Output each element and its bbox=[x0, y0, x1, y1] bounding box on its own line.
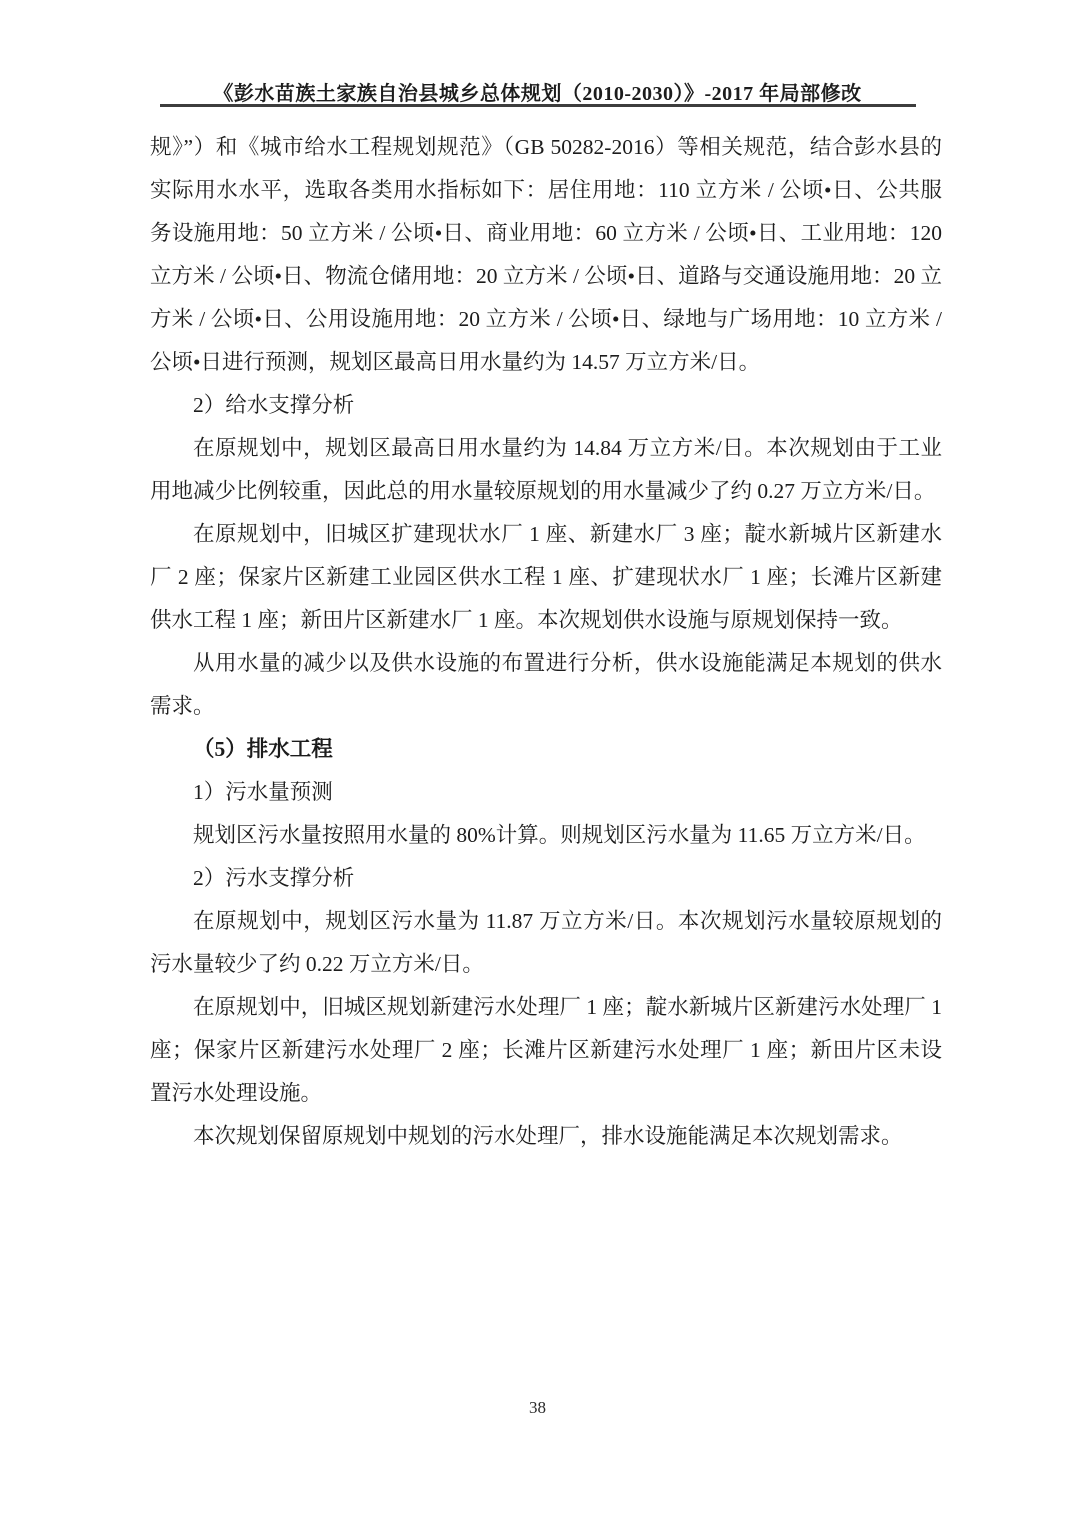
para-drainage-conclusion: 本次规划保留原规划中规划的污水处理厂，排水设施能满足本次规划需求。 bbox=[150, 1115, 942, 1158]
page-number: 38 bbox=[0, 1398, 1075, 1418]
para-sewage-comparison: 在原规划中，规划区污水量为 11.87 万立方米/日。本次规划污水量较原规划的污… bbox=[150, 900, 942, 986]
header-title: 《彭水苗族土家族自治县城乡总体规划（2010-2030）》-2017 年局部修改 bbox=[0, 77, 1075, 106]
para-water-plant-facilities: 在原规划中，旧城区扩建现状水厂 1 座、新建水厂 3 座；靛水新城片区新建水厂 … bbox=[150, 513, 942, 642]
document-body: 规》”）和《城市给水工程规划规范》（GB 50282-2016）等相关规范，结合… bbox=[150, 126, 942, 1158]
heading-sewage-prediction: 1）污水量预测 bbox=[150, 771, 942, 814]
heading-water-supply-analysis: 2）给水支撑分析 bbox=[150, 384, 942, 427]
para-sewage-plants: 在原规划中，旧城区规划新建污水处理厂 1 座；靛水新城片区新建污水处理厂 1 座… bbox=[150, 986, 942, 1115]
header-rule bbox=[160, 104, 916, 107]
para-water-demand-comparison: 在原规划中，规划区最高日用水量约为 14.84 万立方米/日。本次规划由于工业用… bbox=[150, 427, 942, 513]
para-water-use-indicators: 规》”）和《城市给水工程规划规范》（GB 50282-2016）等相关规范，结合… bbox=[150, 126, 942, 384]
para-sewage-volume: 规划区污水量按照用水量的 80%计算。则规划区污水量为 11.65 万立方米/日… bbox=[150, 814, 942, 857]
para-water-supply-conclusion: 从用水量的减少以及供水设施的布置进行分析，供水设施能满足本规划的供水需求。 bbox=[150, 642, 942, 728]
document-page: 《彭水苗族土家族自治县城乡总体规划（2010-2030）》-2017 年局部修改… bbox=[0, 0, 1075, 1520]
heading-drainage-engineering: （5）排水工程 bbox=[150, 728, 942, 771]
heading-sewage-support-analysis: 2）污水支撑分析 bbox=[150, 857, 942, 900]
